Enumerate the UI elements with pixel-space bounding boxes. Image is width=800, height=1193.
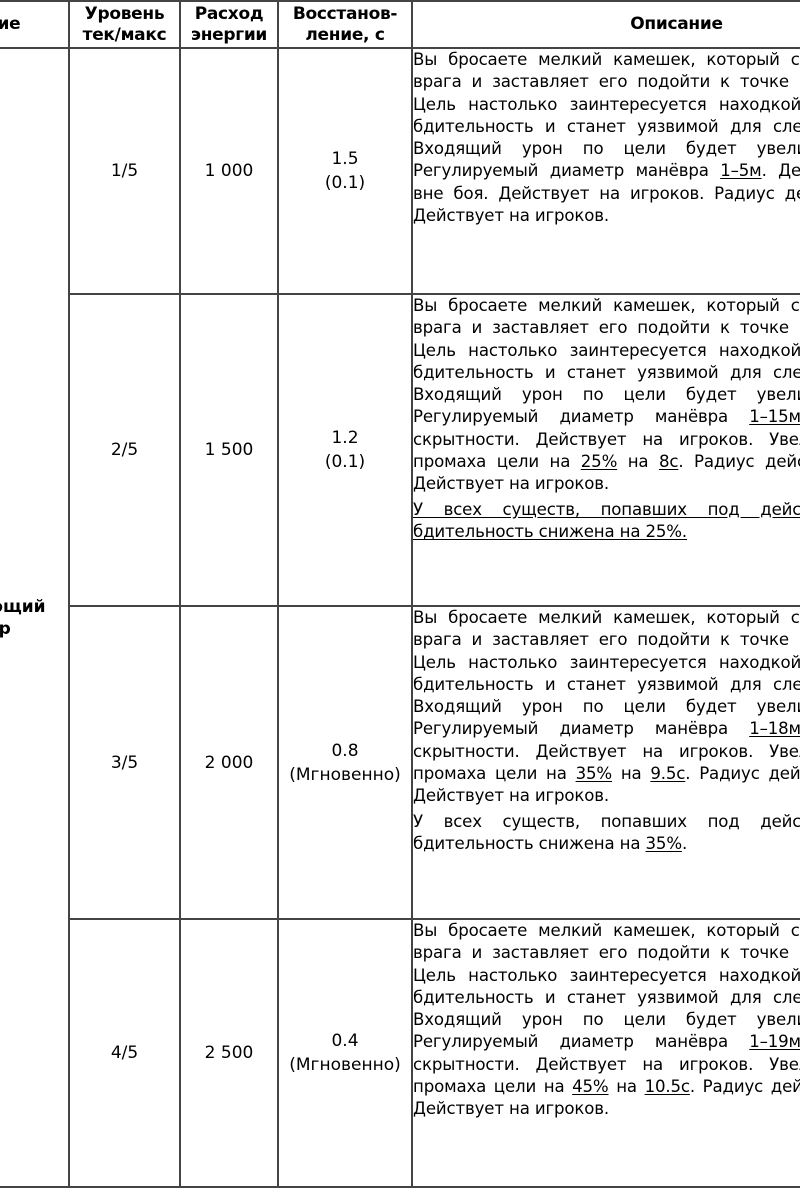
highlighted-value: 1–15м	[749, 407, 800, 426]
highlighted-value: 25%	[581, 452, 617, 471]
highlighted-value: 8с	[659, 452, 678, 471]
description-main: Вы бросаете мелкий камешек, который сбив…	[413, 920, 800, 1121]
header-cost-line2: энергии	[181, 25, 277, 46]
description-cell: Вы бросаете мелкий камешек, который сбив…	[412, 48, 800, 294]
header-level-line2: тек/макс	[70, 25, 179, 46]
desc-text: на	[612, 764, 650, 783]
description-main: Вы бросаете мелкий камешек, который сбив…	[413, 49, 800, 227]
table-row: 3/52 0000.8(Мгновенно)Вы бросаете мелкий…	[0, 606, 800, 919]
header-level: Уровень тек/макс	[69, 1, 180, 48]
desc-text: Вы бросаете мелкий камешек, который сбив…	[413, 50, 800, 158]
desc-text: на	[617, 452, 659, 471]
cooldown-value: 0.8	[279, 739, 411, 763]
energy-cost-cell: 1 000	[180, 48, 278, 294]
cooldown-cell: 1.2(0.1)	[278, 294, 412, 606]
header-name: Название	[0, 1, 69, 48]
cooldown-value: 1.2	[279, 426, 411, 450]
header-level-line1: Уровень	[70, 4, 179, 25]
description-extra: У всех существ, попавших под действие ма…	[413, 499, 800, 544]
level-cell: 4/5	[69, 919, 180, 1187]
description-cell: Вы бросаете мелкий камешек, который сбив…	[412, 919, 800, 1187]
highlighted-value: 35%	[646, 834, 682, 853]
cooldown-note: (Мгновенно)	[279, 763, 411, 787]
header-cost-line1: Расход	[181, 4, 277, 25]
skill-name-cell: Отвлекающийманёвр	[0, 48, 69, 1187]
energy-cost-cell: 2 000	[180, 606, 278, 919]
header-description: Описание	[412, 1, 800, 48]
highlighted-value: 45%	[572, 1077, 608, 1096]
energy-cost-cell: 1 500	[180, 294, 278, 606]
desc-text: Вы бросаете мелкий камешек, который сбив…	[413, 921, 800, 1029]
table-row: Отвлекающийманёвр1/51 0001.5(0.1)Вы брос…	[0, 48, 800, 294]
desc-text: . Радиус действия —	[690, 1077, 800, 1096]
header-cost: Расход энергии	[180, 1, 278, 48]
desc-text: Вы бросаете мелкий камешек, который сбив…	[413, 296, 800, 404]
desc-text: на	[609, 1077, 645, 1096]
cooldown-note: (0.1)	[279, 450, 411, 474]
header-row: Название Уровень тек/макс Расход энергии…	[0, 1, 800, 48]
table-row: 2/51 5001.2(0.1)Вы бросаете мелкий камеш…	[0, 294, 800, 606]
desc-text: .	[682, 834, 687, 853]
highlighted-value: 9.5с	[650, 764, 685, 783]
cooldown-cell: 0.4(Мгновенно)	[278, 919, 412, 1187]
header-cooldown-line2: ление, с	[279, 25, 411, 46]
skill-name-line: Отвлекающий	[0, 596, 68, 618]
description-cell: Вы бросаете мелкий камешек, который сбив…	[412, 606, 800, 919]
skill-table: Название Уровень тек/макс Расход энергии…	[0, 0, 800, 1188]
cooldown-cell: 1.5(0.1)	[278, 48, 412, 294]
highlighted-value: У всех существ, попавших под действие ма…	[413, 500, 800, 541]
header-cooldown-line1: Восстанов-	[279, 4, 411, 25]
cooldown-value: 0.4	[279, 1029, 411, 1053]
desc-text: . Радиус действия —	[685, 764, 800, 783]
level-cell: 1/5	[69, 48, 180, 294]
cooldown-value: 1.5	[279, 147, 411, 171]
skill-name-line: манёвр	[0, 618, 68, 640]
cooldown-note: (0.1)	[279, 171, 411, 195]
desc-text: Вы бросаете мелкий камешек, который сбив…	[413, 608, 800, 716]
highlighted-value: 1–18м	[749, 719, 800, 738]
desc-text: . Радиус действия —	[678, 452, 800, 471]
header-cooldown: Восстанов- ление, с	[278, 1, 412, 48]
level-cell: 3/5	[69, 606, 180, 919]
description-main: Вы бросаете мелкий камешек, который сбив…	[413, 607, 800, 808]
cooldown-note: (Мгновенно)	[279, 1053, 411, 1077]
description-main: Вы бросаете мелкий камешек, который сбив…	[413, 295, 800, 496]
highlighted-value: 35%	[576, 764, 612, 783]
energy-cost-cell: 2 500	[180, 919, 278, 1187]
cooldown-cell: 0.8(Мгновенно)	[278, 606, 412, 919]
level-cell: 2/5	[69, 294, 180, 606]
page-viewport: Название Уровень тек/макс Расход энергии…	[0, 0, 800, 1193]
highlighted-value: 1–5м	[720, 161, 761, 180]
description-extra: У всех существ, попавших под действие ма…	[413, 811, 800, 856]
highlighted-value: 10.5с	[645, 1077, 690, 1096]
highlighted-value: 1–19м	[749, 1032, 800, 1051]
table-row: 4/52 5000.4(Мгновенно)Вы бросаете мелкий…	[0, 919, 800, 1187]
desc-text: У всех существ, попавших под действие ма…	[413, 812, 800, 853]
description-cell: Вы бросаете мелкий камешек, который сбив…	[412, 294, 800, 606]
